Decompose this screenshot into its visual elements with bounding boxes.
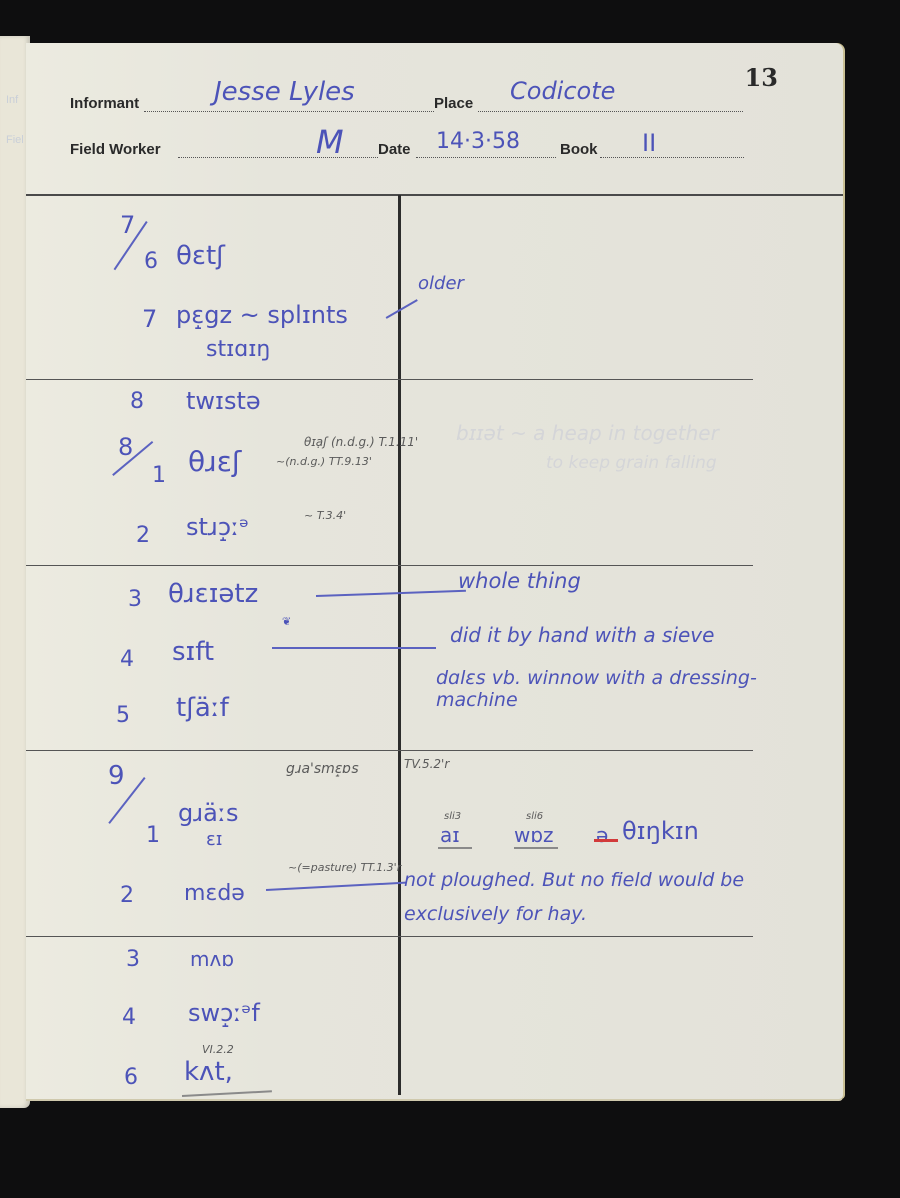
pencil-reference: TV.5.2'r: [404, 757, 449, 771]
entry-ref: 5: [116, 703, 130, 728]
bleed-through-text: bɪɪət ~ a heap in together: [456, 421, 719, 445]
bleed-through-text: to keep grain falling: [546, 453, 717, 473]
entry-form: θɹɛɪətz: [168, 579, 258, 609]
book-value: II: [642, 129, 656, 157]
entry-form-variant: stɪɑɪŋ: [206, 337, 270, 362]
entry-ref-top: 7: [120, 211, 135, 239]
pencil-annotation: gɹa'smɛ̝ɒs: [286, 761, 359, 777]
pencil-underline: [514, 847, 558, 849]
date-label: Date: [378, 141, 411, 158]
section-rule: [26, 379, 753, 380]
entry-form: gɹäːs: [178, 799, 238, 827]
section-rule: [26, 565, 753, 566]
informant-label: Informant: [70, 95, 139, 112]
entry-ref: 7: [142, 305, 157, 333]
pencil-annotation: VI.2.2: [202, 1043, 234, 1056]
entry-ref-bottom: 1: [152, 463, 166, 488]
field-worker-dotline: [178, 157, 378, 158]
section-rule: [26, 750, 753, 751]
column-divider: [398, 195, 401, 1095]
entry-ref: 3: [126, 947, 140, 972]
pencil-annotation: θɪạʃ (n.d.g.) T.1.11': [304, 435, 418, 449]
header-rule: [26, 194, 843, 196]
entry-form: kʌt,: [184, 1057, 233, 1087]
place-label: Place: [434, 95, 473, 112]
pencil-underline: [182, 1090, 272, 1096]
field-worker-value: M: [316, 123, 344, 161]
phrase-word: wɒz: [514, 823, 554, 847]
entry-form: θɛtʃ: [176, 241, 225, 271]
entry-ref: 2: [120, 883, 134, 908]
entry-ref: 6: [124, 1065, 138, 1090]
entry-note: not ploughed. But no field would be excl…: [404, 863, 804, 931]
entry-note: older: [418, 273, 464, 294]
entry-ref-bottom: 1: [146, 823, 160, 848]
ghost-margin-text: Fiel: [6, 134, 24, 146]
date-dotline: [416, 157, 556, 158]
annotation-connector: [266, 882, 406, 891]
entry-note: dɑlɛs vb. winnow with a dressing-machine: [436, 667, 836, 711]
entry-form-variant: ɛɪ: [206, 829, 222, 850]
section-rule: [26, 936, 753, 937]
entry-ref: 2: [136, 523, 150, 548]
phrase-superscript: sli3: [444, 811, 461, 822]
entry-note: did it by hand with a sieve: [450, 623, 714, 647]
entry-form: stɹɔ̝ːᵊ: [186, 513, 249, 541]
date-value: 14·3·58: [436, 129, 520, 154]
phrase-word: ə: [596, 823, 608, 847]
entry-form: swɔ̝ːᵊf: [188, 999, 260, 1027]
notebook-page: 13 Informant Jesse Lyles Place Codicote …: [26, 43, 843, 1099]
entry-form: sɪft: [172, 637, 214, 667]
entry-form: pɛ̝gz ~ splɪnts: [176, 301, 348, 329]
field-worker-label: Field Worker: [70, 141, 161, 158]
pencil-underline: [438, 847, 472, 849]
entry-ref: 4: [120, 647, 134, 672]
pencil-annotation: ~(=pasture) TT.1.3'r: [288, 861, 401, 874]
entry-ref: 8: [130, 389, 144, 414]
annotation-connector: [316, 590, 466, 597]
ink-blot: ❦: [282, 615, 291, 628]
entry-ref: 4: [122, 1005, 136, 1030]
phrase-superscript: sli6: [526, 811, 543, 822]
pencil-annotation: ~(n.d.g.) TT.9.13': [276, 455, 372, 468]
place-dotline: [478, 111, 743, 112]
book-dotline: [600, 157, 744, 158]
ghost-margin-text: Inf: [6, 94, 18, 106]
entry-form: θɹɛʃ: [188, 445, 241, 478]
entry-form: twɪstə: [186, 387, 261, 415]
book-label: Book: [560, 141, 598, 158]
entry-ref-bottom: 6: [144, 249, 158, 274]
entry-form: tʃäːf: [176, 693, 229, 723]
informant-dotline: [144, 111, 434, 112]
phrase-word: aɪ: [440, 823, 460, 847]
entry-note: whole thing: [458, 569, 581, 593]
entry-form: mʌɒ: [190, 947, 234, 971]
informant-value: Jesse Lyles: [214, 77, 355, 107]
phrase-word: θɪŋkɪn: [622, 817, 699, 845]
pencil-annotation: ~ T.3.4': [304, 509, 346, 522]
annotation-connector: [272, 647, 436, 649]
place-value: Codicote: [510, 77, 615, 105]
red-underline: [594, 839, 618, 842]
entry-ref-top: 9: [108, 761, 125, 791]
entry-ref: 3: [128, 587, 142, 612]
entry-form: mɛdə: [184, 881, 245, 906]
annotation-connector: [386, 299, 418, 318]
page-number: 13: [745, 63, 778, 92]
